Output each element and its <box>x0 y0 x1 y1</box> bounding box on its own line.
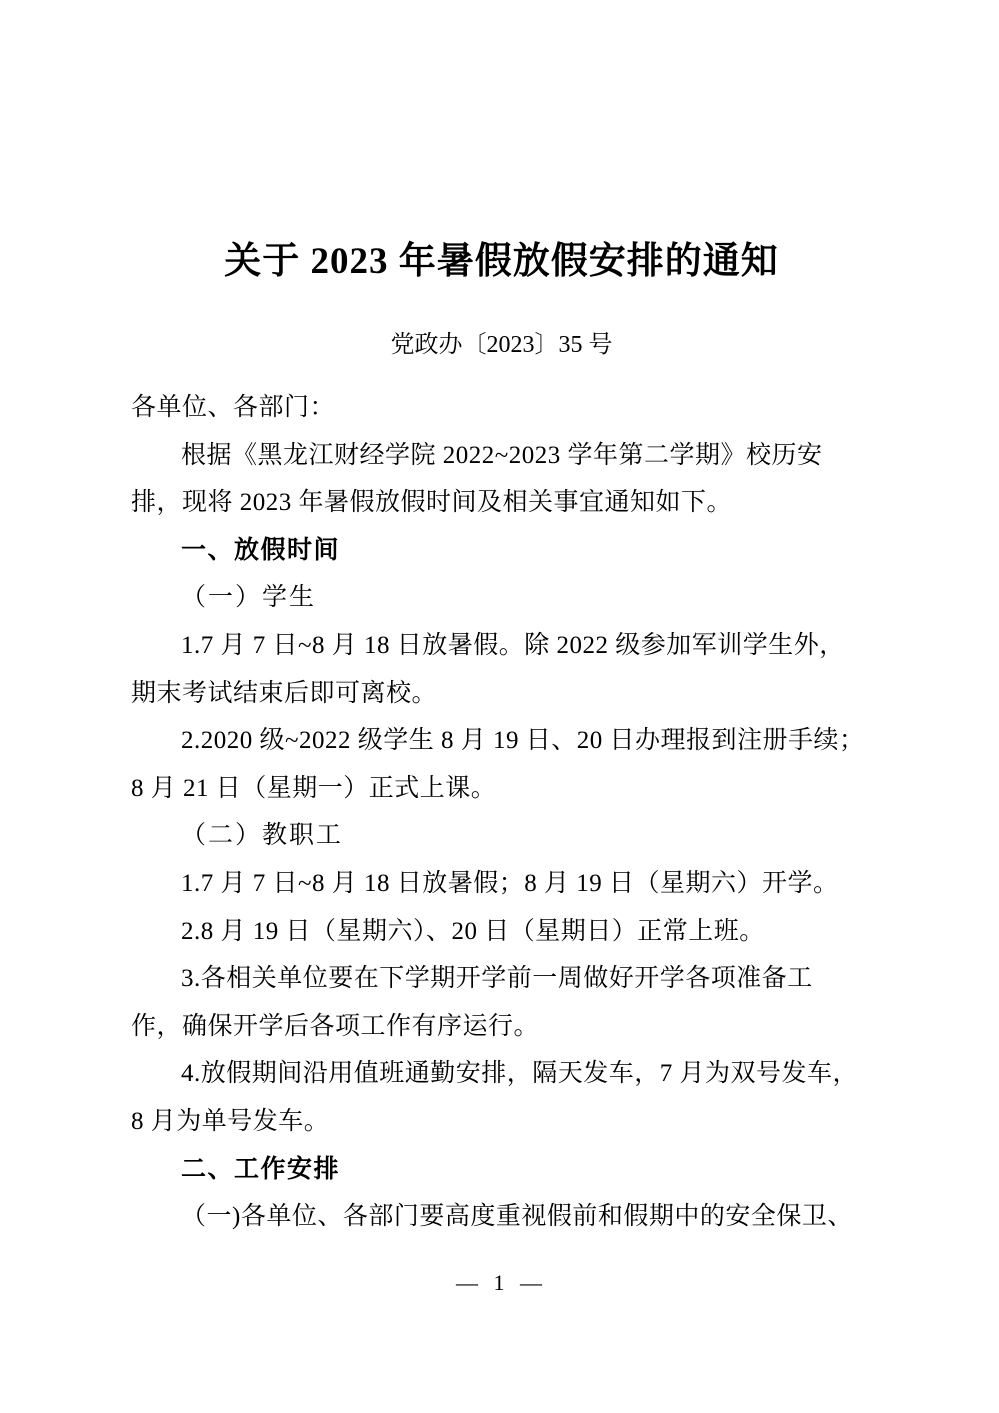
staff-item-4-line: 4.放假期间沿用值班通勤安排，隔天发车，7 月为双号发车， <box>131 1050 872 1098</box>
page-number: — 1 — <box>131 1241 872 1299</box>
document-page: 关于 2023 年暑假放假安排的通知 党政办〔2023〕35 号 各单位、各部门… <box>0 0 999 1413</box>
work-item-1-line: （一)各单位、各部门要高度重视假前和假期中的安全保卫、 <box>131 1193 872 1241</box>
subsection-heading-staff: （二）教职工 <box>131 812 872 860</box>
salutation-line: 各单位、各部门： <box>131 384 872 432</box>
document-content: 关于 2023 年暑假放假安排的通知 党政办〔2023〕35 号 各单位、各部门… <box>0 0 999 1299</box>
staff-item-2-line: 2.8 月 19 日（星期六）、20 日（星期日）正常上班。 <box>131 908 872 956</box>
document-body: 各单位、各部门： 根据《黑龙江财经学院 2022~2023 学年第二学期》校历安… <box>131 362 872 1241</box>
students-item-1-line: 1.7 月 7 日~8 月 18 日放暑假。除 2022 级参加军训学生外， <box>131 622 872 670</box>
intro-paragraph-line: 根据《黑龙江财经学院 2022~2023 学年第二学期》校历安 <box>131 432 872 480</box>
students-item-1-line: 期末考试结束后即可离校。 <box>131 670 872 718</box>
document-title: 关于 2023 年暑假放假安排的通知 <box>131 0 872 287</box>
staff-item-1-line: 1.7 月 7 日~8 月 18 日放暑假；8 月 19 日（星期六）开学。 <box>131 860 872 908</box>
staff-item-3-line: 3.各相关单位要在下学期开学前一周做好开学各项准备工 <box>131 955 872 1003</box>
section-heading-work-arrangement: 二、工作安排 <box>131 1146 872 1194</box>
students-item-2-line: 2.2020 级~2022 级学生 8 月 19 日、20 日办理报到注册手续； <box>131 717 872 765</box>
document-number: 党政办〔2023〕35 号 <box>131 287 872 362</box>
section-heading-holiday-time: 一、放假时间 <box>131 527 872 575</box>
students-item-2-line: 8 月 21 日（星期一）正式上课。 <box>131 765 872 813</box>
intro-paragraph-line: 排，现将 2023 年暑假放假时间及相关事宜通知如下。 <box>131 479 872 527</box>
staff-item-4-line: 8 月为单号发车。 <box>131 1098 872 1146</box>
staff-item-3-line: 作，确保开学后各项工作有序运行。 <box>131 1003 872 1051</box>
subsection-heading-students: （一）学生 <box>131 574 872 622</box>
